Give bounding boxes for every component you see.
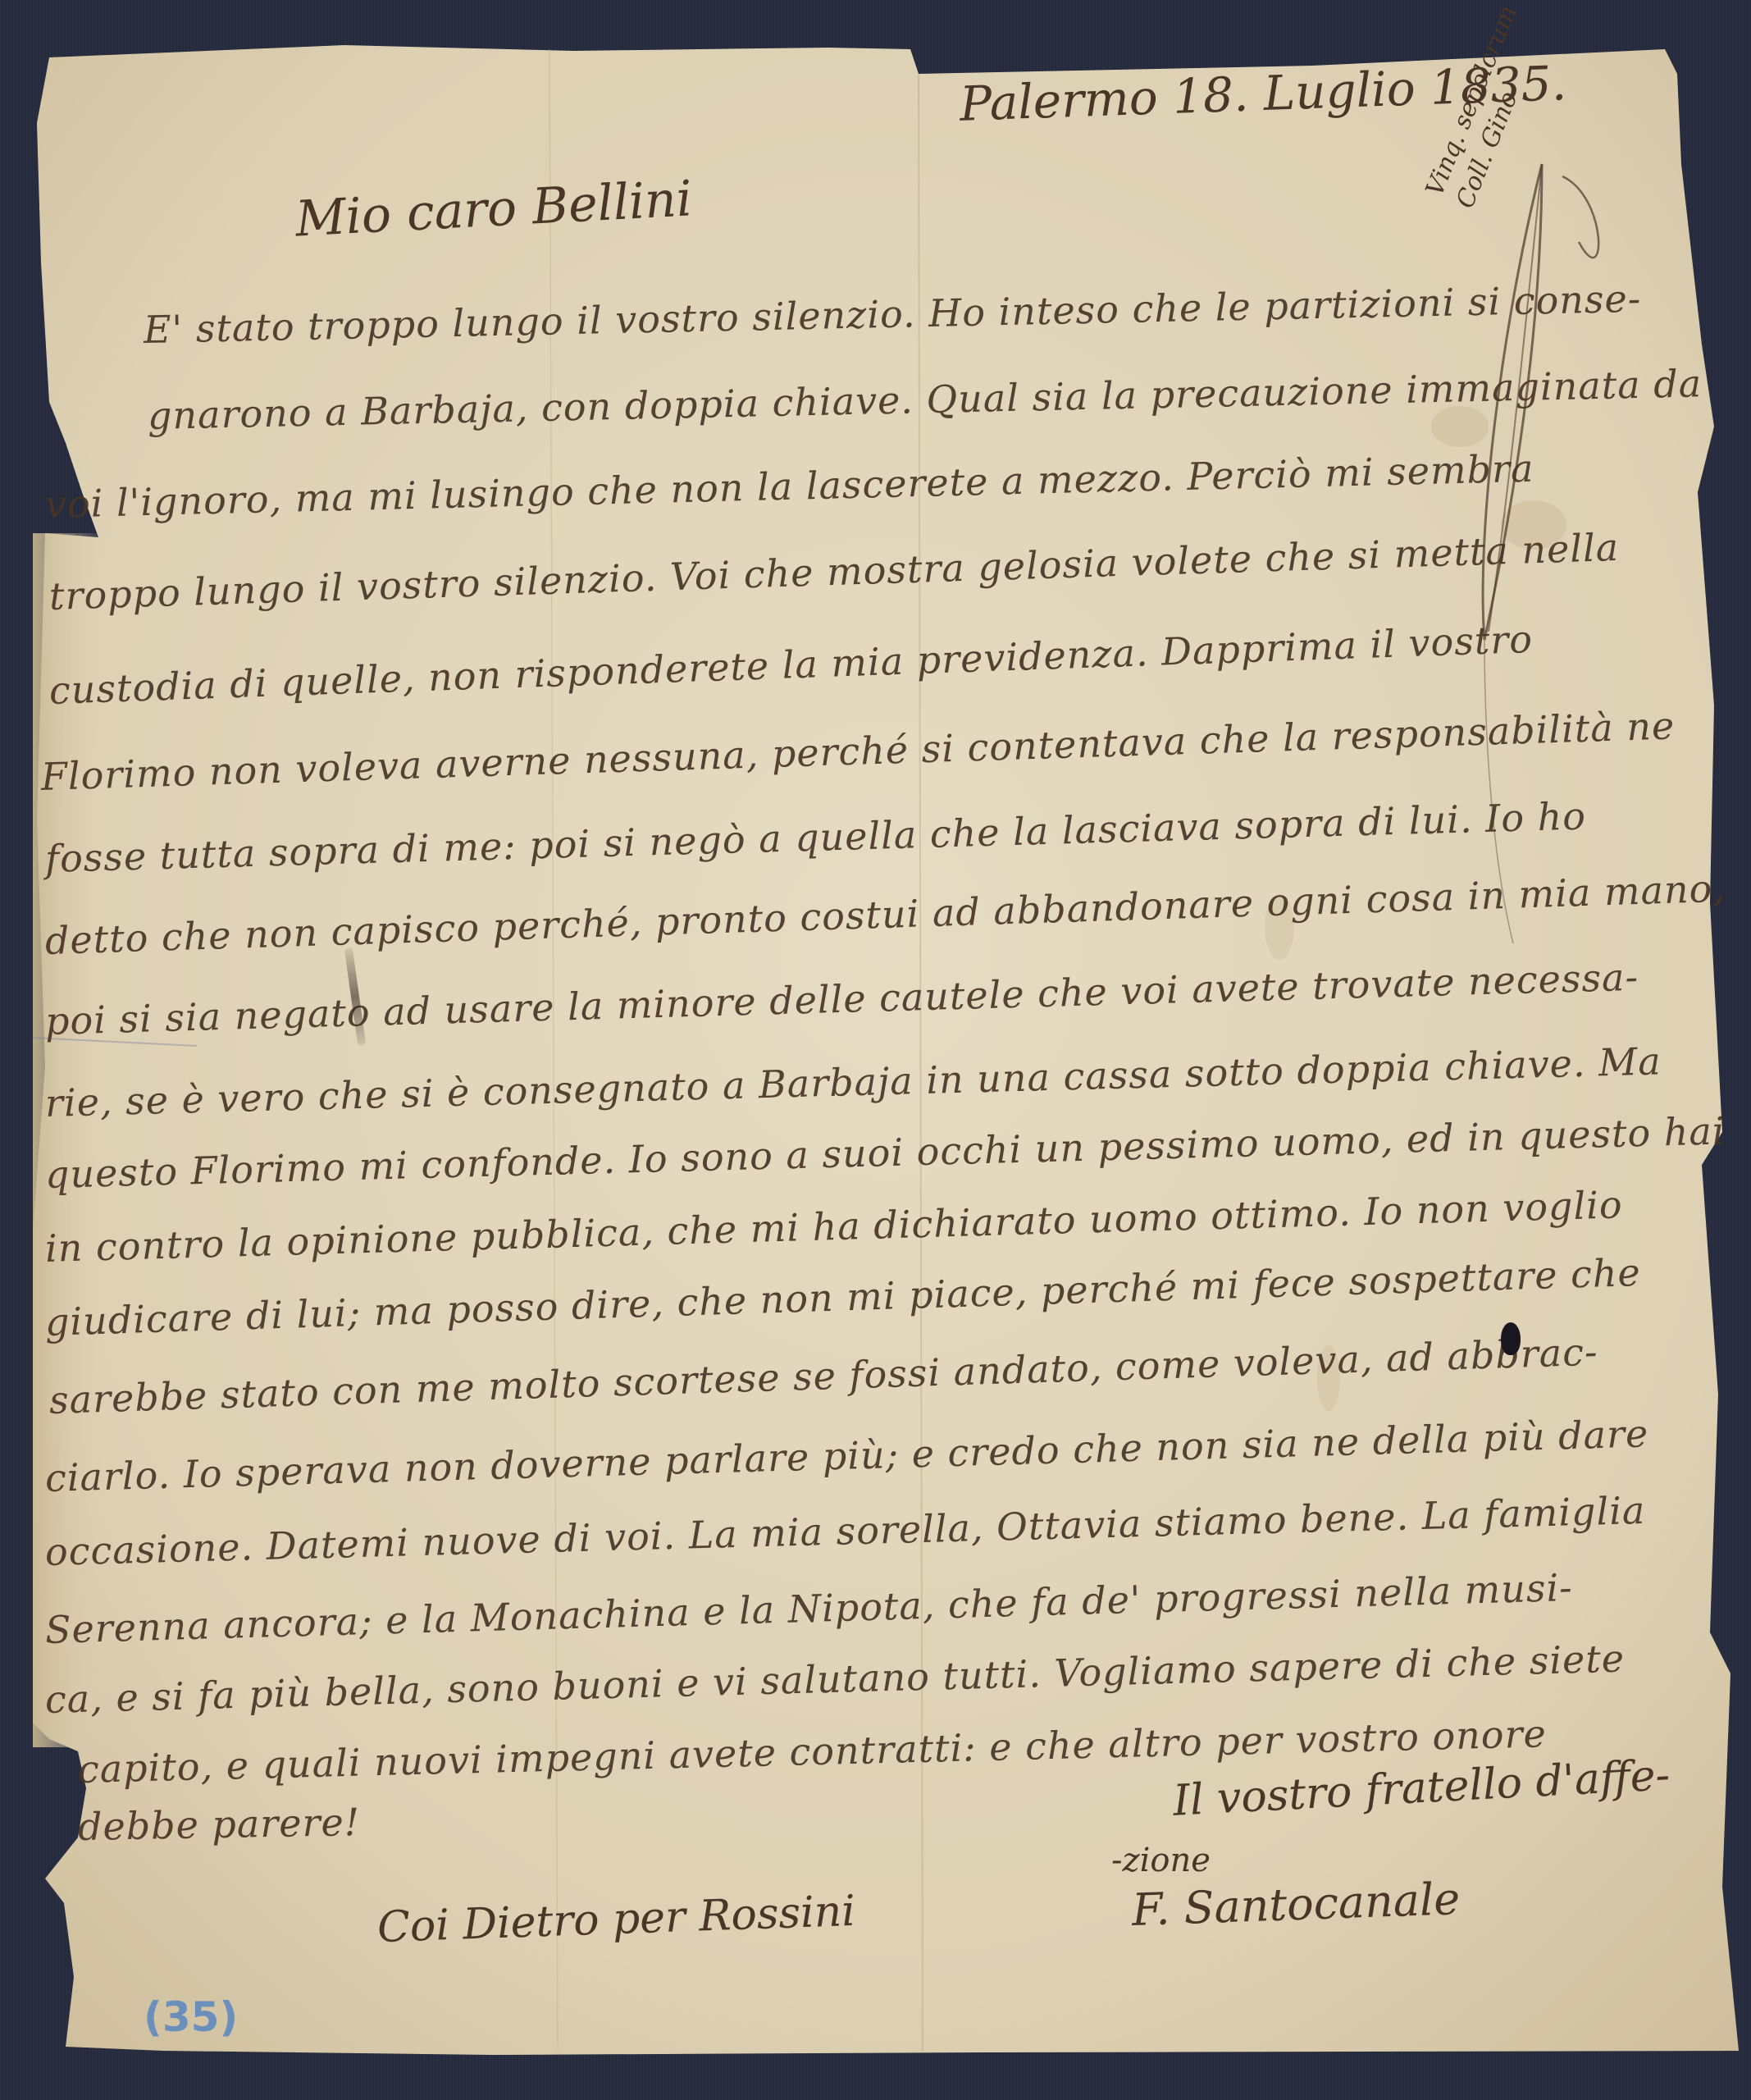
ink-blot (1501, 1322, 1521, 1355)
archive-number-pencil: (35) (144, 1993, 238, 2041)
closing-continuation: -zione (1111, 1842, 1211, 1879)
body-line: debbe parere! (78, 1800, 361, 1849)
letter-sheet: Palermo 18. Luglio 1835. Vinq. sepolcrum… (0, 0, 1751, 2100)
